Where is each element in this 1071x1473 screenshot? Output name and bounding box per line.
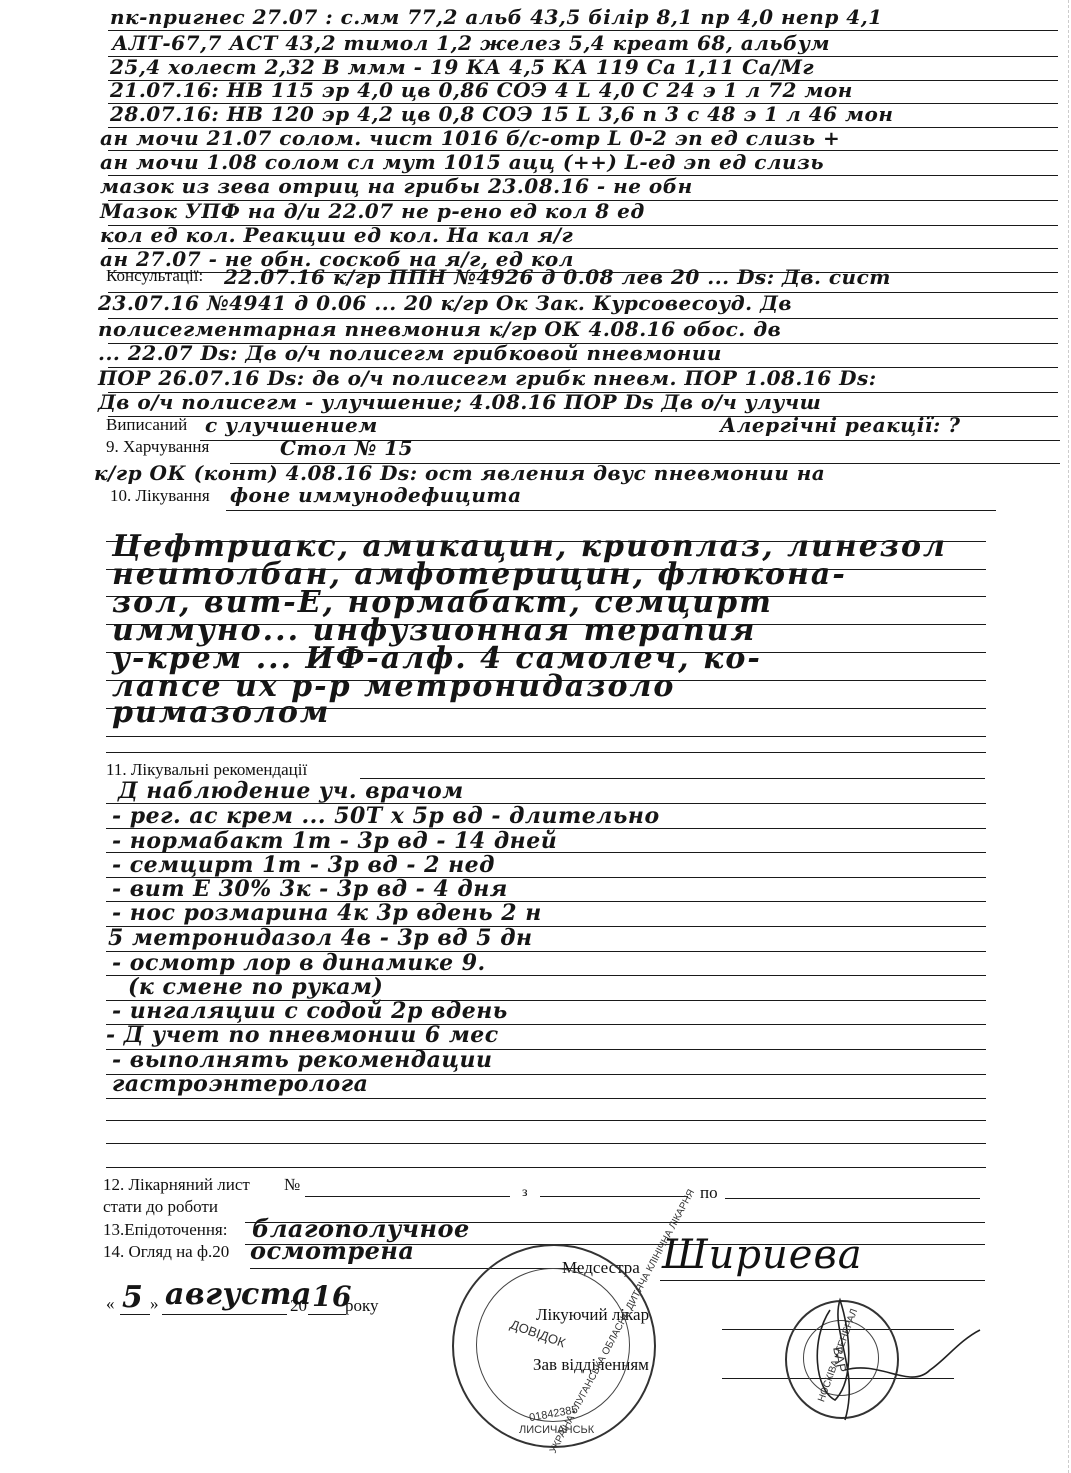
consultation-line: полисегментарная пневмония к/гр ОК 4.08.… — [98, 316, 781, 342]
date-day: 5 — [122, 1285, 143, 1311]
recommendation-line: - семцирт 1т - 3р вд - 2 нед — [112, 852, 495, 878]
lab-note-line: АЛТ-67,7 АСТ 43,2 тимол 1,2 желез 5,4 кр… — [112, 30, 830, 56]
hospital-stamp: УКРАЇНА • ЛУГАНСЬКА ОБЛАСНА ДИТЯЧА КЛІНІ… — [452, 1244, 656, 1448]
lab-note-line: 28.07.16: НВ 120 эр 4,2 цв 0,8 СОЭ 15 L … — [110, 101, 893, 127]
form-line — [106, 1120, 986, 1121]
form-line — [106, 1098, 986, 1099]
recommendation-line: - нос розмарина 4к 3р вдень 2 н — [112, 900, 542, 926]
recommendation-line: Д наблюдение уч. врачом — [118, 778, 464, 804]
date-year-prefix: 20 — [290, 1296, 307, 1316]
consultation-line: 23.07.16 №4941 д 0.06 ... 20 к/гр Ок Зак… — [98, 290, 792, 316]
epid-label: 13.Епідоточення: — [103, 1220, 227, 1240]
sick-leave-from-label: з — [522, 1183, 528, 1203]
form-line — [106, 736, 986, 737]
consultation-line: 22.07.16 к/гр ППН №4926 д 0.08 лев 20 ..… — [224, 264, 891, 290]
form-line — [106, 1167, 986, 1168]
date-tail: року — [345, 1296, 379, 1316]
f20-label: 14. Огляд на ф.20 — [103, 1242, 229, 1262]
recommendation-line: 5 метронидазол 4в - 3р вд 5 дн — [108, 925, 533, 951]
recommendation-line: - ингаляции с содой 2р вдень — [112, 998, 508, 1024]
form-line — [106, 752, 986, 753]
lab-note-line: пк-пригнес 27.07 : с.мм 77,2 альб 43,5 б… — [110, 4, 883, 30]
sick-leave-from-field[interactable] — [540, 1196, 688, 1197]
lab-note-line: мазок из зева отриц на грибы 23.08.16 - … — [100, 173, 693, 199]
form-line — [308, 1314, 346, 1315]
consultation-line: ... 22.07 Ds: Дв о/ч полисегм грибковой … — [98, 340, 722, 366]
discharged-note: Алергічні реакції: ? — [720, 412, 960, 438]
recommendation-line: (к смене по рукам) — [128, 974, 383, 1000]
recommendation-line: - выполнять рекомендации — [112, 1047, 493, 1073]
recommendation-line: - вит Е 30% 3к - 3р вд - 4 дня — [112, 876, 508, 902]
lab-note-line: кол ед кол. Реакции ед кол. На кал я/г — [100, 222, 573, 248]
sick-leave-to-field[interactable] — [725, 1198, 980, 1199]
treatment-value-first: фоне иммунодефицита — [230, 482, 522, 508]
recommendations-label: 11. Лікувальні рекомендації — [106, 760, 307, 780]
form-line — [120, 1314, 150, 1315]
lab-note-line: ан мочи 21.07 солом. чист 1016 б/с-отр L… — [100, 125, 840, 151]
date-close-quote: » — [150, 1294, 159, 1314]
consultations-label: Консультації: — [106, 266, 203, 286]
recommendation-line: - нормабакт 1т - 3р вд - 14 дней — [112, 828, 557, 854]
date-open-quote: « — [106, 1294, 115, 1314]
recommendation-line: - рег. ас крем ... 50Т х 5р вд - длитель… — [112, 803, 660, 829]
recommendation-line: гастроэнтеролога — [112, 1071, 368, 1097]
form-line — [162, 1314, 287, 1315]
doctor-signature-scribble — [770, 1280, 1010, 1430]
nutrition-label: 9. Харчування — [106, 437, 209, 457]
sick-leave-label: 12. Лікарняний лист — [103, 1175, 250, 1195]
recommendation-line: - Д учет по пневмонии 6 мес — [106, 1022, 499, 1048]
return-to-work-label: стати до роботи — [103, 1197, 218, 1217]
nurse-signature: Шириева — [662, 1232, 863, 1278]
form-line — [106, 1143, 986, 1144]
nutrition-value: Стол № 15 — [280, 435, 413, 461]
f20-value: осмотрена — [250, 1238, 414, 1264]
lab-note-line: 21.07.16: НВ 115 эр 4,0 цв 0,86 СОЭ 4 L … — [110, 77, 853, 103]
form-line — [226, 510, 996, 511]
document-page: пк-пригнес 27.07 : с.мм 77,2 альб 43,5 б… — [0, 0, 1071, 1473]
sick-leave-number-sign: № — [284, 1175, 300, 1195]
sick-leave-number-field[interactable] — [305, 1196, 510, 1197]
discharged-label: Виписаний — [106, 415, 187, 435]
consultation-line: ПОР 26.07.16 Ds: дв о/ч полисегм грибк п… — [98, 365, 877, 391]
lab-note-line: ан мочи 1.08 солом сл мут 1015 ацц (++) … — [100, 149, 824, 175]
recommendation-line: - осмотр лор в динамике 9. — [112, 950, 486, 976]
treatment-label: 10. Лікування — [110, 486, 210, 506]
sick-leave-to-label: по — [700, 1183, 718, 1203]
lab-note-line: Мазок УПФ на д/и 22.07 не р-ено ед кол 8… — [100, 198, 645, 224]
treatment-line: римазолом — [112, 700, 330, 726]
stamp-bottom-text: ЛИСИЧАНСЬК — [519, 1424, 594, 1436]
